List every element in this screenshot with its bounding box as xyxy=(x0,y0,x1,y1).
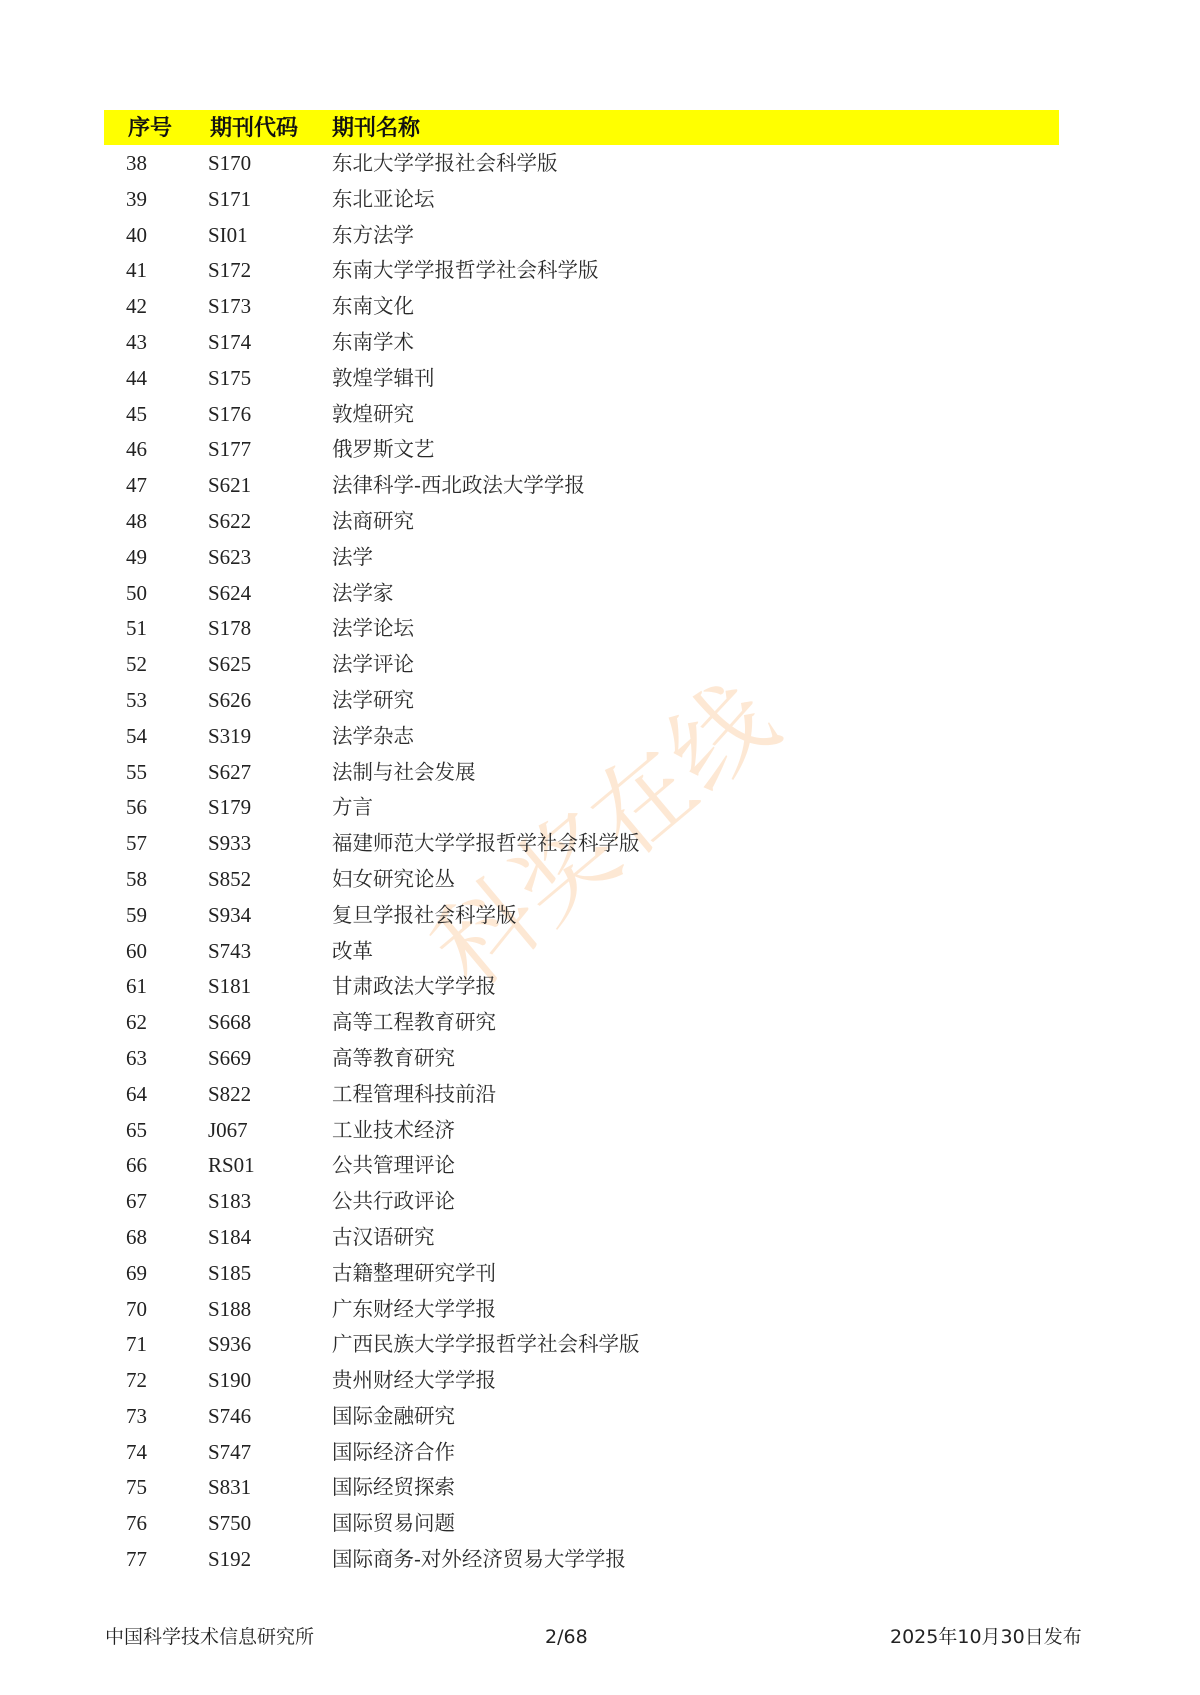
journal-name-cell: 法学论坛 xyxy=(332,610,414,646)
header-journal-code: 期刊代码 xyxy=(210,110,298,145)
journal-code-cell: SI01 xyxy=(208,217,248,253)
table-row: 61S181甘肃政法大学学报 xyxy=(0,968,1200,1004)
serial-number-cell: 62 xyxy=(126,1004,147,1040)
journal-code-cell: S936 xyxy=(208,1326,251,1362)
table-row: 54S319法学杂志 xyxy=(0,718,1200,754)
serial-number-cell: 74 xyxy=(126,1434,147,1470)
journal-name-cell: 高等教育研究 xyxy=(332,1040,455,1076)
table-row: 60S743改革 xyxy=(0,933,1200,969)
journal-name-cell: 东北亚论坛 xyxy=(332,181,435,217)
serial-number-cell: 45 xyxy=(126,396,147,432)
serial-number-cell: 59 xyxy=(126,897,147,933)
table-row: 40SI01东方法学 xyxy=(0,217,1200,253)
journal-name-cell: 法学评论 xyxy=(332,646,414,682)
table-row: 69S185古籍整理研究学刊 xyxy=(0,1255,1200,1291)
serial-number-cell: 55 xyxy=(126,754,147,790)
serial-number-cell: 52 xyxy=(126,646,147,682)
serial-number-cell: 58 xyxy=(126,861,147,897)
table-row: 42S173东南文化 xyxy=(0,288,1200,324)
table-row: 44S175敦煌学辑刊 xyxy=(0,360,1200,396)
journal-code-cell: S175 xyxy=(208,360,251,396)
journal-name-cell: 贵州财经大学学报 xyxy=(332,1362,496,1398)
journal-name-cell: 法商研究 xyxy=(332,503,414,539)
journal-code-cell: S188 xyxy=(208,1291,251,1327)
serial-number-cell: 70 xyxy=(126,1291,147,1327)
serial-number-cell: 77 xyxy=(126,1541,147,1577)
journal-code-cell: S319 xyxy=(208,718,251,754)
table-row: 50S624法学家 xyxy=(0,575,1200,611)
serial-number-cell: 48 xyxy=(126,503,147,539)
journal-code-cell: J067 xyxy=(208,1112,248,1148)
serial-number-cell: 68 xyxy=(126,1219,147,1255)
serial-number-cell: 60 xyxy=(126,933,147,969)
table-row: 57S933福建师范大学学报哲学社会科学版 xyxy=(0,825,1200,861)
serial-number-cell: 50 xyxy=(126,575,147,611)
journal-code-cell: S852 xyxy=(208,861,251,897)
serial-number-cell: 41 xyxy=(126,252,147,288)
journal-name-cell: 国际贸易问题 xyxy=(332,1505,455,1541)
serial-number-cell: 61 xyxy=(126,968,147,1004)
table-row: 75S831国际经贸探索 xyxy=(0,1469,1200,1505)
journal-name-cell: 广东财经大学学报 xyxy=(332,1291,496,1327)
table-row: 65J067工业技术经济 xyxy=(0,1112,1200,1148)
journal-name-cell: 国际金融研究 xyxy=(332,1398,455,1434)
journal-name-cell: 福建师范大学学报哲学社会科学版 xyxy=(332,825,640,861)
table-row: 56S179方言 xyxy=(0,789,1200,825)
table-row: 76S750国际贸易问题 xyxy=(0,1505,1200,1541)
journal-code-cell: S669 xyxy=(208,1040,251,1076)
table-row: 39S171东北亚论坛 xyxy=(0,181,1200,217)
footer-organization: 中国科学技术信息研究所 xyxy=(105,1622,314,1652)
table-row: 77S192国际商务-对外经济贸易大学学报 xyxy=(0,1541,1200,1577)
header-journal-name: 期刊名称 xyxy=(332,110,420,145)
journal-code-cell: S177 xyxy=(208,431,251,467)
table-row: 51S178法学论坛 xyxy=(0,610,1200,646)
serial-number-cell: 40 xyxy=(126,217,147,253)
serial-number-cell: 42 xyxy=(126,288,147,324)
serial-number-cell: 72 xyxy=(126,1362,147,1398)
journal-name-cell: 东南学术 xyxy=(332,324,414,360)
serial-number-cell: 64 xyxy=(126,1076,147,1112)
journal-code-cell: S747 xyxy=(208,1434,251,1470)
journal-name-cell: 高等工程教育研究 xyxy=(332,1004,496,1040)
document-page: 科奖在线 序号 期刊代码 期刊名称 38S170东北大学学报社会科学版39S17… xyxy=(0,0,1200,1695)
serial-number-cell: 57 xyxy=(126,825,147,861)
table-header: 序号 期刊代码 期刊名称 xyxy=(104,110,1059,145)
journal-name-cell: 古汉语研究 xyxy=(332,1219,435,1255)
table-row: 59S934复旦学报社会科学版 xyxy=(0,897,1200,933)
journal-code-cell: S746 xyxy=(208,1398,251,1434)
serial-number-cell: 49 xyxy=(126,539,147,575)
table-row: 46S177俄罗斯文艺 xyxy=(0,431,1200,467)
journal-name-cell: 复旦学报社会科学版 xyxy=(332,897,517,933)
journal-code-cell: S625 xyxy=(208,646,251,682)
table-row: 55S627法制与社会发展 xyxy=(0,754,1200,790)
serial-number-cell: 43 xyxy=(126,324,147,360)
journal-name-cell: 国际经贸探索 xyxy=(332,1469,455,1505)
table-row: 72S190贵州财经大学学报 xyxy=(0,1362,1200,1398)
journal-code-cell: S622 xyxy=(208,503,251,539)
journal-code-cell: S181 xyxy=(208,968,251,1004)
journal-name-cell: 国际经济合作 xyxy=(332,1434,455,1470)
journal-code-cell: S750 xyxy=(208,1505,251,1541)
journal-name-cell: 法制与社会发展 xyxy=(332,754,476,790)
journal-code-cell: S179 xyxy=(208,789,251,825)
journal-code-cell: S171 xyxy=(208,181,251,217)
journal-code-cell: S668 xyxy=(208,1004,251,1040)
page-footer: 中国科学技术信息研究所 2/68 2025年10月30日发布 xyxy=(0,1622,1200,1652)
table-row: 38S170东北大学学报社会科学版 xyxy=(0,145,1200,181)
journal-code-cell: S743 xyxy=(208,933,251,969)
table-body: 38S170东北大学学报社会科学版39S171东北亚论坛40SI01东方法学41… xyxy=(0,145,1200,1577)
journal-code-cell: S624 xyxy=(208,575,251,611)
journal-name-cell: 法学 xyxy=(332,539,373,575)
journal-code-cell: S173 xyxy=(208,288,251,324)
table-row: 62S668高等工程教育研究 xyxy=(0,1004,1200,1040)
table-row: 48S622法商研究 xyxy=(0,503,1200,539)
footer-page-number: 2/68 xyxy=(545,1622,588,1652)
footer-publish-date: 2025年10月30日发布 xyxy=(890,1622,1082,1652)
table-row: 58S852妇女研究论丛 xyxy=(0,861,1200,897)
journal-code-cell: S176 xyxy=(208,396,251,432)
journal-code-cell: S626 xyxy=(208,682,251,718)
journal-code-cell: S183 xyxy=(208,1183,251,1219)
journal-code-cell: S185 xyxy=(208,1255,251,1291)
journal-name-cell: 改革 xyxy=(332,933,373,969)
table-row: 64S822工程管理科技前沿 xyxy=(0,1076,1200,1112)
table-row: 53S626法学研究 xyxy=(0,682,1200,718)
journal-name-cell: 甘肃政法大学学报 xyxy=(332,968,496,1004)
journal-name-cell: 法学家 xyxy=(332,575,394,611)
journal-code-cell: S822 xyxy=(208,1076,251,1112)
serial-number-cell: 51 xyxy=(126,610,147,646)
table-row: 71S936广西民族大学学报哲学社会科学版 xyxy=(0,1326,1200,1362)
journal-code-cell: S192 xyxy=(208,1541,251,1577)
journal-name-cell: 古籍整理研究学刊 xyxy=(332,1255,496,1291)
table-row: 68S184古汉语研究 xyxy=(0,1219,1200,1255)
journal-name-cell: 工业技术经济 xyxy=(332,1112,455,1148)
journal-name-cell: 东南大学学报哲学社会科学版 xyxy=(332,252,599,288)
table-row: 74S747国际经济合作 xyxy=(0,1434,1200,1470)
journal-name-cell: 妇女研究论丛 xyxy=(332,861,455,897)
serial-number-cell: 38 xyxy=(126,145,147,181)
journal-code-cell: S178 xyxy=(208,610,251,646)
serial-number-cell: 65 xyxy=(126,1112,147,1148)
journal-code-cell: RS01 xyxy=(208,1147,255,1183)
serial-number-cell: 75 xyxy=(126,1469,147,1505)
journal-name-cell: 公共行政评论 xyxy=(332,1183,455,1219)
table-row: 73S746国际金融研究 xyxy=(0,1398,1200,1434)
journal-name-cell: 东北大学学报社会科学版 xyxy=(332,145,558,181)
journal-code-cell: S174 xyxy=(208,324,251,360)
journal-name-cell: 法学杂志 xyxy=(332,718,414,754)
journal-code-cell: S627 xyxy=(208,754,251,790)
journal-code-cell: S933 xyxy=(208,825,251,861)
serial-number-cell: 66 xyxy=(126,1147,147,1183)
table-row: 52S625法学评论 xyxy=(0,646,1200,682)
journal-name-cell: 俄罗斯文艺 xyxy=(332,431,435,467)
serial-number-cell: 47 xyxy=(126,467,147,503)
journal-code-cell: S831 xyxy=(208,1469,251,1505)
table-row: 66RS01公共管理评论 xyxy=(0,1147,1200,1183)
serial-number-cell: 69 xyxy=(126,1255,147,1291)
journal-code-cell: S934 xyxy=(208,897,251,933)
serial-number-cell: 44 xyxy=(126,360,147,396)
journal-code-cell: S623 xyxy=(208,539,251,575)
serial-number-cell: 53 xyxy=(126,682,147,718)
journal-name-cell: 国际商务-对外经济贸易大学学报 xyxy=(332,1541,626,1577)
serial-number-cell: 71 xyxy=(126,1326,147,1362)
serial-number-cell: 73 xyxy=(126,1398,147,1434)
journal-code-cell: S190 xyxy=(208,1362,251,1398)
journal-name-cell: 广西民族大学学报哲学社会科学版 xyxy=(332,1326,640,1362)
serial-number-cell: 46 xyxy=(126,431,147,467)
journal-code-cell: S184 xyxy=(208,1219,251,1255)
journal-name-cell: 东方法学 xyxy=(332,217,414,253)
table-row: 63S669高等教育研究 xyxy=(0,1040,1200,1076)
serial-number-cell: 54 xyxy=(126,718,147,754)
serial-number-cell: 63 xyxy=(126,1040,147,1076)
journal-name-cell: 东南文化 xyxy=(332,288,414,324)
journal-name-cell: 敦煌学辑刊 xyxy=(332,360,435,396)
journal-code-cell: S170 xyxy=(208,145,251,181)
serial-number-cell: 76 xyxy=(126,1505,147,1541)
serial-number-cell: 39 xyxy=(126,181,147,217)
table-row: 43S174东南学术 xyxy=(0,324,1200,360)
journal-name-cell: 法律科学-西北政法大学学报 xyxy=(332,467,585,503)
journal-name-cell: 公共管理评论 xyxy=(332,1147,455,1183)
table-row: 45S176敦煌研究 xyxy=(0,396,1200,432)
journal-name-cell: 工程管理科技前沿 xyxy=(332,1076,496,1112)
table-row: 70S188广东财经大学学报 xyxy=(0,1291,1200,1327)
header-serial-number: 序号 xyxy=(128,110,172,145)
serial-number-cell: 56 xyxy=(126,789,147,825)
table-row: 49S623法学 xyxy=(0,539,1200,575)
table-row: 47S621法律科学-西北政法大学学报 xyxy=(0,467,1200,503)
journal-code-cell: S621 xyxy=(208,467,251,503)
table-row: 41S172东南大学学报哲学社会科学版 xyxy=(0,252,1200,288)
journal-name-cell: 法学研究 xyxy=(332,682,414,718)
serial-number-cell: 67 xyxy=(126,1183,147,1219)
journal-code-cell: S172 xyxy=(208,252,251,288)
journal-name-cell: 方言 xyxy=(332,789,373,825)
journal-name-cell: 敦煌研究 xyxy=(332,396,414,432)
table-row: 67S183公共行政评论 xyxy=(0,1183,1200,1219)
